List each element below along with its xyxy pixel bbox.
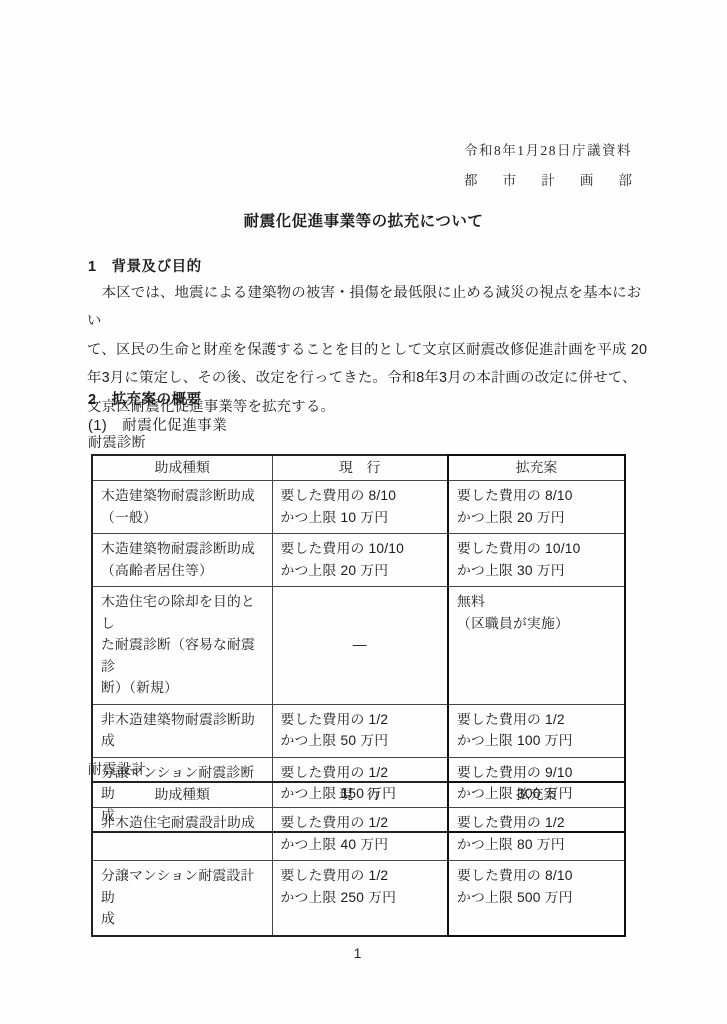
table-row: 分譲マンション耐震設計助 成 要した費用の 1/2 かつ上限 250 万円 要し… <box>92 861 625 936</box>
cell-kind: 木造建築物耐震診断助成 （高齢者居住等） <box>92 534 272 587</box>
header-department: 都市計画部 <box>464 166 632 196</box>
cell-expanded: 要した費用の 8/10 かつ上限 20 万円 <box>448 481 625 534</box>
cell-expanded: 要した費用の 8/10 かつ上限 500 万円 <box>448 861 625 936</box>
cell-kind: 木造建築物耐震診断助成 （一般） <box>92 481 272 534</box>
column-header-expanded: 拡充案 <box>448 782 625 808</box>
table-header-row: 助成種類 現 行 拡充案 <box>92 455 625 481</box>
seismic-design-table: 助成種類 現 行 拡充案 非木造住宅耐震設計助成 要した費用の 1/2 かつ上限… <box>91 781 626 937</box>
column-header-current: 現 行 <box>272 782 448 808</box>
table-row: 木造建築物耐震診断助成 （一般） 要した費用の 8/10 かつ上限 10 万円 … <box>92 481 625 534</box>
header-date: 令和8年1月28日庁議資料 <box>464 136 632 166</box>
cell-kind: 非木造建築物耐震診断助成 <box>92 704 272 757</box>
column-header-kind: 助成種類 <box>92 782 272 808</box>
table-1-label: 耐震診断 <box>88 432 146 452</box>
table-2-label: 耐震設計 <box>88 759 146 779</box>
document-title: 耐震化促進事業等の拡充について <box>85 209 642 231</box>
cell-expanded: 要した費用の 1/2 かつ上限 100 万円 <box>448 704 625 757</box>
cell-kind: 分譲マンション耐震設計助 成 <box>92 861 272 936</box>
cell-current: 要した費用の 10/10 かつ上限 20 万円 <box>272 534 448 587</box>
cell-current: 要した費用の 1/2 かつ上限 250 万円 <box>272 861 448 936</box>
seismic-diagnosis-table: 助成種類 現 行 拡充案 木造建築物耐震診断助成 （一般） 要した費用の 8/1… <box>91 454 626 833</box>
table-header-row: 助成種類 現 行 拡充案 <box>92 782 625 808</box>
document-header: 令和8年1月28日庁議資料 都市計画部 <box>464 136 632 196</box>
column-header-kind: 助成種類 <box>92 455 272 481</box>
cell-expanded: 要した費用の 10/10 かつ上限 30 万円 <box>448 534 625 587</box>
column-header-current: 現 行 <box>272 455 448 481</box>
section-1-heading: 1 背景及び目的 <box>88 255 202 276</box>
cell-current: 要した費用の 1/2 かつ上限 50 万円 <box>272 704 448 757</box>
cell-expanded: 要した費用の 1/2 かつ上限 80 万円 <box>448 808 625 861</box>
table-row: 非木造住宅耐震設計助成 要した費用の 1/2 かつ上限 40 万円 要した費用の… <box>92 808 625 861</box>
cell-current: ― <box>272 587 448 705</box>
cell-kind: 木造住宅の除却を目的とし た耐震診断（容易な耐震診 断）（新規） <box>92 587 272 705</box>
table-row: 木造住宅の除却を目的とし た耐震診断（容易な耐震診 断）（新規） ― 無料 （区… <box>92 587 625 705</box>
cell-current: 要した費用の 1/2 かつ上限 40 万円 <box>272 808 448 861</box>
table-row: 木造建築物耐震診断助成 （高齢者居住等） 要した費用の 10/10 かつ上限 2… <box>92 534 625 587</box>
cell-current: 要した費用の 8/10 かつ上限 10 万円 <box>272 481 448 534</box>
section-2-heading: 2 拡充案の概要 <box>88 388 202 409</box>
table-row: 非木造建築物耐震診断助成 要した費用の 1/2 かつ上限 50 万円 要した費用… <box>92 704 625 757</box>
page-number: 1 <box>85 945 630 961</box>
column-header-expanded: 拡充案 <box>448 455 625 481</box>
cell-kind: 非木造住宅耐震設計助成 <box>92 808 272 861</box>
document-page: 令和8年1月28日庁議資料 都市計画部 耐震化促進事業等の拡充について 1 背景… <box>0 0 727 1024</box>
cell-expanded: 無料 （区職員が実施） <box>448 587 625 705</box>
